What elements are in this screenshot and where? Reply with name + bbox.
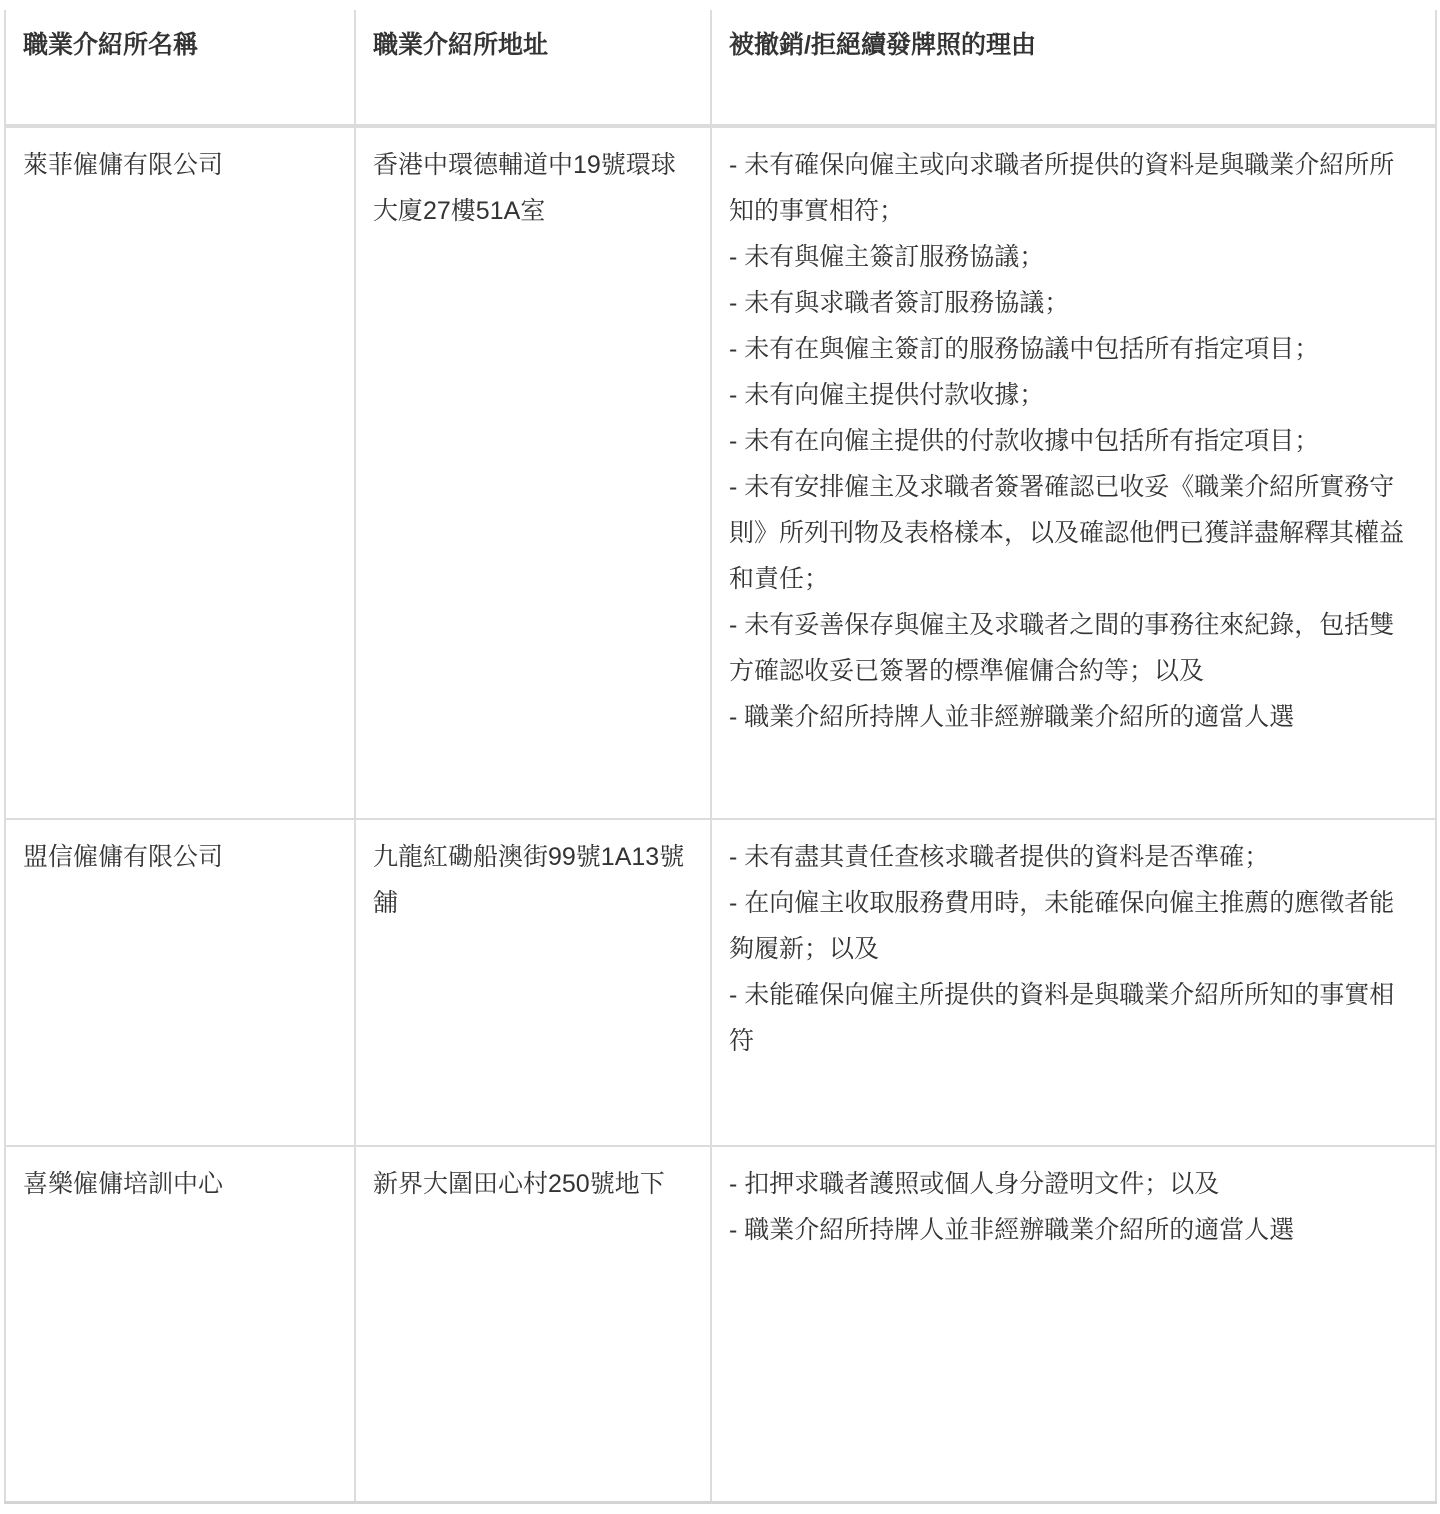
reasons-cell: - 扣押求職者護照或個人身分證明文件；以及 - 職業介紹所持牌人並非經辦職業介紹… — [711, 1146, 1436, 1503]
table-row: 萊菲僱傭有限公司 香港中環德輔道中19號環球大廈27樓51A室 - 未有確保向僱… — [5, 126, 1436, 819]
header-revocation-reasons: 被撤銷/拒絕續發牌照的理由 — [711, 10, 1436, 126]
agency-address-cell: 香港中環德輔道中19號環球大廈27樓51A室 — [355, 126, 711, 819]
header-agency-address: 職業介紹所地址 — [355, 10, 711, 126]
reason-item: - 未有在向僱主提供的付款收據中包括所有指定項目； — [729, 418, 1418, 464]
reason-item: - 未有向僱主提供付款收據； — [729, 372, 1418, 418]
reason-item: - 未能確保向僱主所提供的資料是與職業介紹所所知的事實相符 — [729, 972, 1418, 1064]
reason-item: - 未有與僱主簽訂服務協議； — [729, 234, 1418, 280]
agency-address-cell: 新界大圍田心村250號地下 — [355, 1146, 711, 1503]
agency-name-cell: 萊菲僱傭有限公司 — [5, 126, 355, 819]
reason-item: - 扣押求職者護照或個人身分證明文件；以及 — [729, 1161, 1418, 1207]
reasons-cell: - 未有盡其責任查核求職者提供的資料是否準確； - 在向僱主收取服務費用時，未能… — [711, 819, 1436, 1146]
header-agency-name: 職業介紹所名稱 — [5, 10, 355, 126]
table-row: 喜樂僱傭培訓中心 新界大圍田心村250號地下 - 扣押求職者護照或個人身分證明文… — [5, 1146, 1436, 1503]
reason-item: - 未有確保向僱主或向求職者所提供的資料是與職業介紹所所知的事實相符； — [729, 142, 1418, 234]
reason-item: - 未有在與僱主簽訂的服務協議中包括所有指定項目； — [729, 326, 1418, 372]
revoked-licence-table: 職業介紹所名稱 職業介紹所地址 被撤銷/拒絕續發牌照的理由 萊菲僱傭有限公司 香… — [4, 10, 1437, 1504]
reason-item: - 未有盡其責任查核求職者提供的資料是否準確； — [729, 834, 1418, 880]
reasons-cell: - 未有確保向僱主或向求職者所提供的資料是與職業介紹所所知的事實相符； - 未有… — [711, 126, 1436, 819]
table-header-row: 職業介紹所名稱 職業介紹所地址 被撤銷/拒絕續發牌照的理由 — [5, 10, 1436, 126]
reason-item: - 職業介紹所持牌人並非經辦職業介紹所的適當人選 — [729, 694, 1418, 740]
reason-item: - 未有妥善保存與僱主及求職者之間的事務往來紀錄，包括雙方確認收妥已簽署的標準僱… — [729, 602, 1418, 694]
reason-item: - 未有安排僱主及求職者簽署確認已收妥《職業介紹所實務守則》所列刊物及表格樣本，… — [729, 464, 1418, 602]
agency-name-cell: 喜樂僱傭培訓中心 — [5, 1146, 355, 1503]
agency-address-cell: 九龍紅磡船澳街99號1A13號舖 — [355, 819, 711, 1146]
revoked-licence-table-container: 職業介紹所名稱 職業介紹所地址 被撤銷/拒絕續發牌照的理由 萊菲僱傭有限公司 香… — [4, 10, 1435, 1504]
table-row: 盟信僱傭有限公司 九龍紅磡船澳街99號1A13號舖 - 未有盡其責任查核求職者提… — [5, 819, 1436, 1146]
reason-item: - 職業介紹所持牌人並非經辦職業介紹所的適當人選 — [729, 1207, 1418, 1253]
agency-name-cell: 盟信僱傭有限公司 — [5, 819, 355, 1146]
reason-item: - 在向僱主收取服務費用時，未能確保向僱主推薦的應徵者能夠履新；以及 — [729, 880, 1418, 972]
reason-item: - 未有與求職者簽訂服務協議； — [729, 280, 1418, 326]
